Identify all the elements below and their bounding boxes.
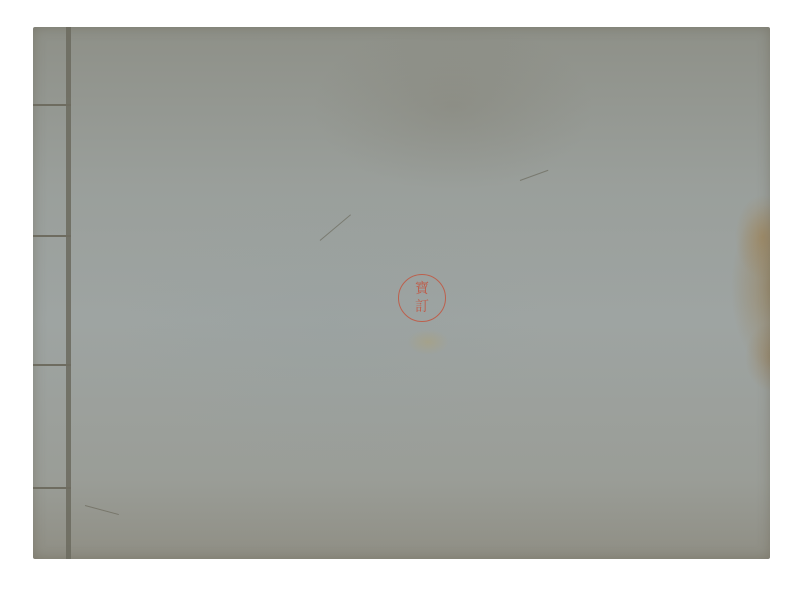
seal-char-1: 寶: [399, 280, 445, 298]
seal-char-2: 訂: [399, 298, 445, 316]
binding-spine-line: [66, 27, 71, 559]
red-seal-stamp: 寶 訂: [398, 274, 446, 322]
binding-stitch: [33, 104, 71, 106]
binding-stitch: [33, 487, 71, 489]
binding-stitch: [33, 364, 71, 366]
binding-stitch: [33, 235, 71, 237]
